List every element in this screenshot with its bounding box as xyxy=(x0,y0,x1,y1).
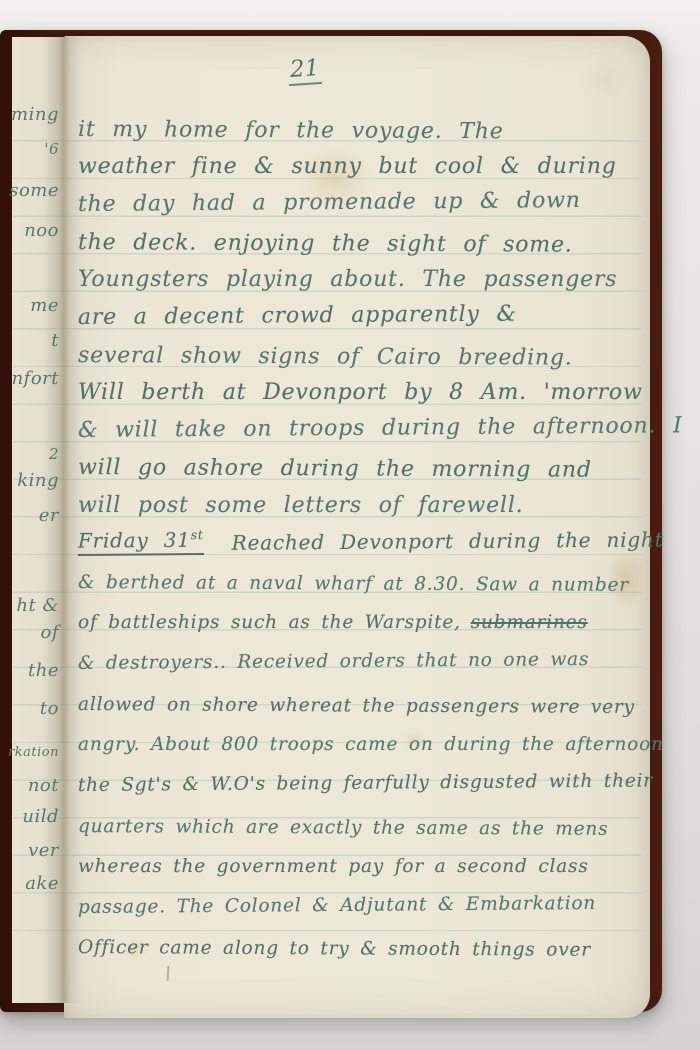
margin-fragment: ht & xyxy=(16,595,59,616)
diary-text: it my home for the voyage. The weather f… xyxy=(78,104,644,961)
margin-fragment: me xyxy=(30,295,59,316)
diary-line-date: Friday 31st Reached Devonport during the… xyxy=(78,513,644,555)
margin-fragment: noo xyxy=(24,220,59,241)
diary-line: angry. About 800 troops came on during t… xyxy=(78,718,644,759)
diary-line: & destroyers.. Received orders that no o… xyxy=(78,632,644,677)
margin-fragment: '6 xyxy=(44,140,59,158)
margin-fragment: uild xyxy=(22,806,59,827)
notebook: 21 ming '6 some noo me t nfort 2 king er… xyxy=(0,0,700,1050)
margin-fragment: ver xyxy=(28,840,59,861)
diary-line: passage. The Colonel & Adjutant & Embark… xyxy=(78,875,644,920)
diary-line: the day had a promenade up & down xyxy=(78,175,644,217)
margin-fragment: not xyxy=(28,775,59,796)
diary-line: the Sgt's & W.O's being fearfully disgus… xyxy=(78,754,644,799)
diary-line: & will take on troops during the afterno… xyxy=(78,400,644,442)
margin-fragment: the xyxy=(28,660,59,681)
diary-line: Officer came along to try & smooth thing… xyxy=(78,920,644,964)
margin-fragment: to xyxy=(40,698,59,719)
margin-fragment: barkation xyxy=(8,745,59,760)
diary-line: whereas the government pay for a second … xyxy=(78,839,644,880)
date-ordinal-suffix: st xyxy=(191,526,204,541)
diary-line: it my home for the voyage. The xyxy=(78,104,644,145)
page-number-text: 21 xyxy=(287,55,322,86)
page-number: 21 xyxy=(287,55,322,83)
diary-line: quarters which are exactly the same as t… xyxy=(78,799,644,843)
diary-line: Youngsters playing about. The passengers xyxy=(78,254,644,292)
margin-fragment: nfort xyxy=(12,368,59,389)
date-heading: Friday 31st xyxy=(78,526,204,555)
previous-page-fragments: ming '6 some noo me t nfort 2 king er ht… xyxy=(8,36,62,1002)
margin-fragment: ake xyxy=(25,873,59,894)
margin-fragment: of xyxy=(41,622,60,643)
date-heading-text: Friday 31 xyxy=(78,527,191,552)
margin-fragment: some xyxy=(9,180,59,201)
diary-line: will post some letters of farewell. xyxy=(78,480,644,518)
diary-line: several show signs of Cairo breeding. xyxy=(78,330,644,371)
date-line-text: Reached Devonport during the night xyxy=(232,527,664,554)
diary-line: of battleships such as the Warspite, sub… xyxy=(78,596,644,637)
margin-fragment: er xyxy=(39,505,59,526)
ships-line-text: of battleships such as the Warspite, xyxy=(78,612,461,633)
diary-line: & berthed at a naval wharf at 8.30. Saw … xyxy=(78,555,644,599)
diary-line: the deck. enjoying the sight of some. xyxy=(78,217,644,258)
struck-word: submarines xyxy=(471,612,588,633)
margin-fragment: king xyxy=(17,470,59,491)
diary-line: Will berth at Devonport by 8 Am. 'morrow xyxy=(78,367,644,405)
margin-fragment: ming xyxy=(11,104,59,125)
diary-line: weather fine & sunny but cool & during xyxy=(78,142,644,180)
margin-fragment: 2 xyxy=(49,445,59,463)
margin-fragment: t xyxy=(51,330,59,351)
diary-line: allowed on shore whereat the passengers … xyxy=(78,677,644,721)
diary-line: will go ashore during the morning and xyxy=(78,442,644,483)
diary-line: are a decent crowd apparently & xyxy=(78,288,644,330)
